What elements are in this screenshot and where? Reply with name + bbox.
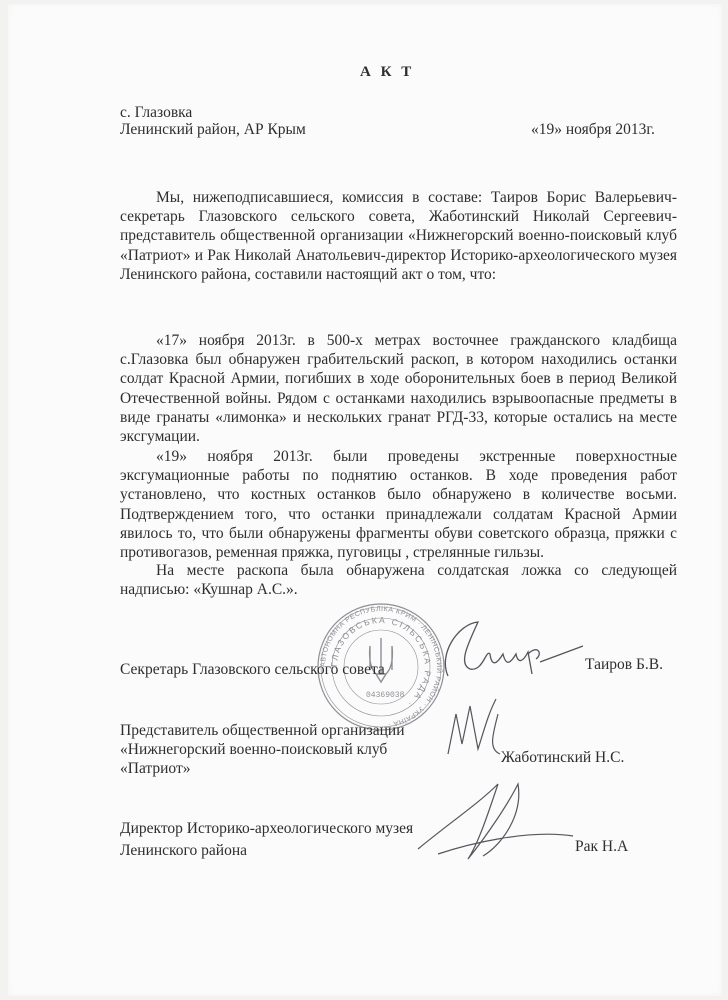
signature-role-secretary: Секретарь Глазовского сельского совета xyxy=(120,660,385,679)
role-line: Ленинского района xyxy=(120,841,413,860)
location-village: с. Глазовка xyxy=(120,104,192,122)
document-page: А К Т с. Глазовка Ленинский район, АР Кр… xyxy=(8,4,722,996)
signature-role-director: Директор Историко-археологического музея… xyxy=(120,819,413,860)
paragraph-commission: Мы, нижеподписавшиеся, комиссия в состав… xyxy=(120,188,677,284)
stamp-code: 04369038 xyxy=(366,691,405,700)
document-title: А К Т xyxy=(360,64,414,81)
paragraph-text: «17» ноября 2013г. в 500-х метрах восточ… xyxy=(120,332,677,445)
signature-name-rak: Рак Н.А xyxy=(575,837,628,856)
paragraph-exhumation: «19» ноября 2013г. были проведены экстре… xyxy=(120,447,677,562)
document-date: «19» ноября 2013г. xyxy=(531,121,655,139)
signature-name-tairov: Таиров Б.В. xyxy=(585,655,663,674)
role-line: «Патриот» xyxy=(120,759,405,778)
signature-tairov-icon xyxy=(428,614,588,684)
location-district: Ленинский район, АР Крым xyxy=(120,121,306,139)
paragraph-discovery: «17» ноября 2013г. в 500-х метрах восточ… xyxy=(120,331,677,446)
signature-name-zhabotinsky: Жаботинский Н.С. xyxy=(501,748,624,767)
role-line: Представитель общественной организации xyxy=(120,721,405,740)
paragraph-text: На месте раскопа была обнаружена солдатс… xyxy=(120,562,677,598)
role-line: «Нижнегорский военно-поисковый клуб xyxy=(120,740,405,759)
paragraph-text: «19» ноября 2013г. были проведены экстре… xyxy=(120,448,677,561)
paragraph-spoon: На месте раскопа была обнаружена солдатс… xyxy=(120,561,677,599)
signature-role-representative: Представитель общественной организации «… xyxy=(120,721,405,778)
signature-rak-icon xyxy=(408,774,578,864)
role-line: Директор Историко-археологического музея xyxy=(120,819,413,838)
paragraph-text: Мы, нижеподписавшиеся, комиссия в состав… xyxy=(120,189,677,283)
